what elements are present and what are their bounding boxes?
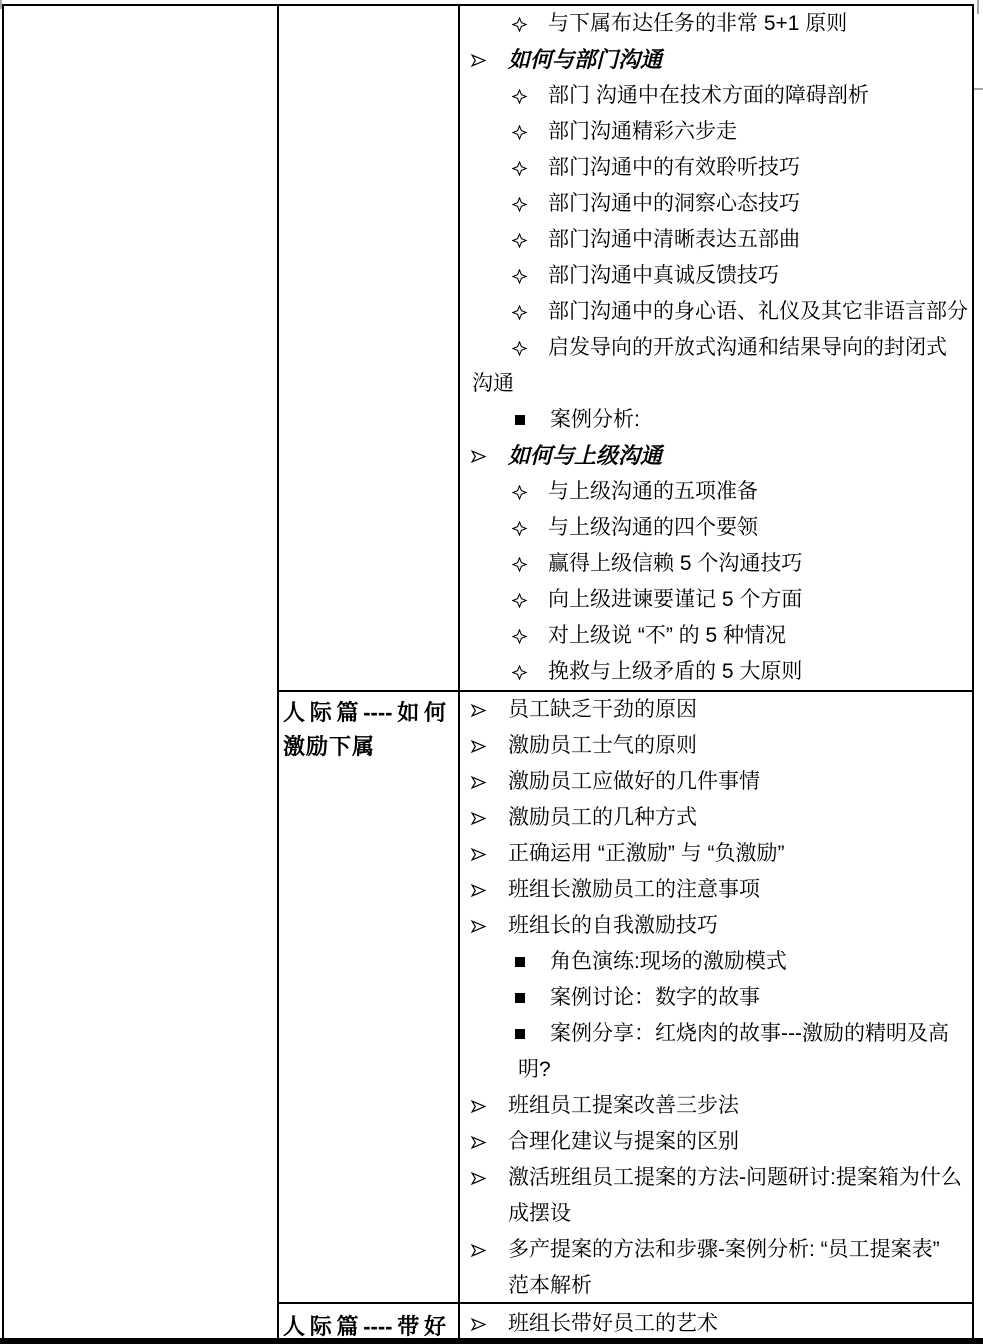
arrow-bullet-icon [470, 1134, 508, 1151]
list-item-text: 班组长带好员工的艺术 [508, 1306, 718, 1342]
list-item-text: 多产提案的方法和步骤-案例分析: “员工提案表” [508, 1232, 940, 1268]
list-item: 向上级进谏要谨记 5 个方面 [460, 582, 972, 618]
diamond-bullet-icon [512, 593, 548, 608]
list-item: 与上级沟通的四个要领 [460, 510, 972, 546]
list-item: 案例讨论：数字的故事 [460, 980, 972, 1016]
list-item: 部门沟通中清晰表达五部曲 [460, 222, 972, 258]
table-divider-row1 [277, 690, 974, 692]
diamond-bullet-icon [512, 89, 548, 104]
list-item-text: 部门沟通中的洞察心态技巧 [548, 186, 800, 222]
diamond-bullet-icon [512, 341, 548, 356]
diamond-bullet-icon [512, 17, 548, 32]
list-item: 正确运用 “正激励” 与 “负激励” [460, 836, 972, 872]
list-item-text: 激励员工士气的原则 [508, 728, 697, 764]
list-item: 部门沟通中的有效聆听技巧 [460, 150, 972, 186]
diamond-bullet-icon [512, 233, 548, 248]
list-item-text: 案例讨论：数字的故事 [550, 980, 760, 1016]
arrow-bullet-icon [470, 448, 508, 465]
list-item-text: 成摆设 [508, 1202, 571, 1225]
list-item-text: 部门沟通中的身心语、礼仪及其它非语言部分 [548, 294, 968, 330]
list-item: 赢得上级信赖 5 个沟通技巧 [460, 546, 972, 582]
list-item: 部门沟通中的身心语、礼仪及其它非语言部分 [460, 294, 972, 330]
crop-mark-top-left [0, 0, 2, 9]
list-item-text: 启发导向的开放式沟通和结果导向的封闭式 [548, 330, 947, 366]
arrow-bullet-icon [470, 882, 508, 899]
list-item-text: 班组长的自我激励技巧 [508, 908, 718, 944]
list-item: 部门沟通精彩六步走 [460, 114, 972, 150]
list-item: 挽救与上级矛盾的 5 大原则 [460, 654, 972, 690]
list-item: 部门 沟通中在技术方面的障碍剖析 [460, 78, 972, 114]
arrow-bullet-icon [470, 1316, 508, 1333]
list-item-text: 角色演练:现场的激励模式 [550, 944, 787, 980]
arrow-bullet-icon [470, 52, 508, 69]
square-bullet-icon [514, 956, 550, 968]
arrow-bullet-icon [470, 1170, 508, 1187]
table-border-right [972, 4, 974, 1340]
row-title-segment: 如 [397, 696, 419, 730]
list-item-text: 激活班组员工提案的方法-问题研讨:提案箱为什么 [508, 1160, 962, 1196]
list-item: 班组员工提案改善三步法 [460, 1088, 972, 1124]
crop-mark-right-margin [974, 88, 983, 90]
list-item-text: 激励员工的几种方式 [508, 800, 697, 836]
list-item-text: 部门 沟通中在技术方面的障碍剖析 [548, 78, 869, 114]
list-item: 员工缺乏干劲的原因 [460, 692, 972, 728]
list-item: 部门沟通中真诚反馈技巧 [460, 258, 972, 294]
arrow-bullet-icon [470, 702, 508, 719]
list-item: 案例分析: [460, 402, 972, 438]
diamond-bullet-icon [512, 629, 548, 644]
list-item-text: 班组员工提案改善三步法 [508, 1088, 739, 1124]
list-item-text: 挽救与上级矛盾的 5 大原则 [548, 654, 802, 690]
table-divider-col1 [277, 4, 279, 1340]
page-bottom-cut-line [0, 1338, 983, 1344]
list-item: 如何与上级沟通 [460, 438, 972, 474]
table-border-left [2, 4, 4, 1340]
list-item: 对上级说 “不” 的 5 种情况 [460, 618, 972, 654]
list-item-text: 案例分析: [550, 402, 640, 438]
list-item-text: 班组长激励员工的注意事项 [508, 872, 760, 908]
list-item: 激励员工士气的原则 [460, 728, 972, 764]
document-page: 人际篇----如何 激励下属 人际篇----带好 与下属布达任务的非常 5+1 … [0, 0, 983, 1344]
diamond-bullet-icon [512, 521, 548, 536]
list-item-text: 与下属布达任务的非常 5+1 原则 [548, 6, 847, 42]
list-item: 班组长带好员工的艺术 [460, 1306, 972, 1342]
list-item: 多产提案的方法和步骤-案例分析: “员工提案表” [460, 1232, 972, 1268]
list-item-text: 与上级沟通的四个要领 [548, 510, 758, 546]
diamond-bullet-icon [512, 197, 548, 212]
list-item: 激励员工的几种方式 [460, 800, 972, 836]
list-item-text: 正确运用 “正激励” 与 “负激励” [508, 836, 784, 872]
list-item-text: 员工缺乏干劲的原因 [508, 692, 697, 728]
list-item: 激活班组员工提案的方法-问题研讨:提案箱为什么 [460, 1160, 972, 1196]
arrow-bullet-icon [470, 1098, 508, 1115]
table-divider-row2 [277, 1302, 974, 1304]
list-item: 启发导向的开放式沟通和结果导向的封闭式 [460, 330, 972, 366]
arrow-bullet-icon [470, 774, 508, 791]
row-title-segment: 何 [424, 696, 446, 730]
list-item: 合理化建议与提案的区别 [460, 1124, 972, 1160]
list-item: 部门沟通中的洞察心态技巧 [460, 186, 972, 222]
section-title-line2: 激励下属 [283, 730, 446, 764]
arrow-bullet-icon [470, 738, 508, 755]
diamond-bullet-icon [512, 557, 548, 572]
row-title-segment: 篇 [336, 696, 358, 730]
arrow-bullet-icon [470, 918, 508, 935]
list-item-continuation: 沟通 [460, 366, 972, 402]
list-item-text: 向上级进谏要谨记 5 个方面 [548, 582, 802, 618]
row-title-segment: ---- [363, 696, 392, 730]
section-title-line1: 人际篇----如何 [283, 696, 446, 730]
diamond-bullet-icon [512, 305, 548, 320]
row-title-segment: 人 [283, 696, 305, 730]
list-item-text: 如何与部门沟通 [508, 42, 662, 78]
list-item: 班组长激励员工的注意事项 [460, 872, 972, 908]
list-item-text: 明? [518, 1058, 551, 1081]
diamond-bullet-icon [512, 485, 548, 500]
crop-mark-top-right [977, 0, 979, 14]
arrow-bullet-icon [470, 1242, 508, 1259]
list-item-text: 激励员工应做好的几件事情 [508, 764, 760, 800]
square-bullet-icon [514, 992, 550, 1004]
table-divider-col2 [458, 4, 460, 1340]
list-item-text: 合理化建议与提案的区别 [508, 1124, 739, 1160]
list-item-text: 与上级沟通的五项准备 [548, 474, 758, 510]
list-item: 与下属布达任务的非常 5+1 原则 [460, 6, 972, 42]
square-bullet-icon [514, 1028, 550, 1040]
list-item-text: 部门沟通中清晰表达五部曲 [548, 222, 800, 258]
diamond-bullet-icon [512, 125, 548, 140]
list-item-text: 范本解析 [508, 1274, 592, 1297]
arrow-bullet-icon [470, 810, 508, 827]
list-item-text: 对上级说 “不” 的 5 种情况 [548, 618, 786, 654]
list-item: 激励员工应做好的几件事情 [460, 764, 972, 800]
list-item-text: 沟通 [472, 372, 514, 395]
row-title-segment: 际 [310, 696, 332, 730]
table-cell-topics-row1: 与下属布达任务的非常 5+1 原则如何与部门沟通部门 沟通中在技术方面的障碍剖析… [460, 6, 972, 690]
diamond-bullet-icon [512, 161, 548, 176]
table-cell-section-title-row2: 人际篇----如何 激励下属 [279, 690, 458, 1302]
list-item-text: 案例分享：红烧肉的故事---激励的精明及高 [550, 1016, 949, 1052]
list-item: 与上级沟通的五项准备 [460, 474, 972, 510]
list-item-continuation: 明? [460, 1052, 972, 1088]
diamond-bullet-icon [512, 269, 548, 284]
square-bullet-icon [514, 414, 550, 426]
table-cell-topics-row2: 员工缺乏干劲的原因激励员工士气的原则激励员工应做好的几件事情激励员工的几种方式正… [460, 692, 972, 1302]
list-item-text: 部门沟通中的有效聆听技巧 [548, 150, 800, 186]
list-item: 角色演练:现场的激励模式 [460, 944, 972, 980]
list-item-text: 部门沟通精彩六步走 [548, 114, 737, 150]
list-item-text: 赢得上级信赖 5 个沟通技巧 [548, 546, 802, 582]
list-item-continuation: 成摆设 [460, 1196, 972, 1232]
list-item-text: 如何与上级沟通 [508, 438, 662, 474]
list-item: 班组长的自我激励技巧 [460, 908, 972, 944]
table-border-top [2, 4, 974, 6]
list-item-text: 部门沟通中真诚反馈技巧 [548, 258, 779, 294]
list-item: 案例分享：红烧肉的故事---激励的精明及高 [460, 1016, 972, 1052]
list-item-continuation: 范本解析 [460, 1268, 972, 1302]
list-item: 如何与部门沟通 [460, 42, 972, 78]
arrow-bullet-icon [470, 846, 508, 863]
table-cell-left-merged [4, 6, 275, 1338]
diamond-bullet-icon [512, 665, 548, 680]
